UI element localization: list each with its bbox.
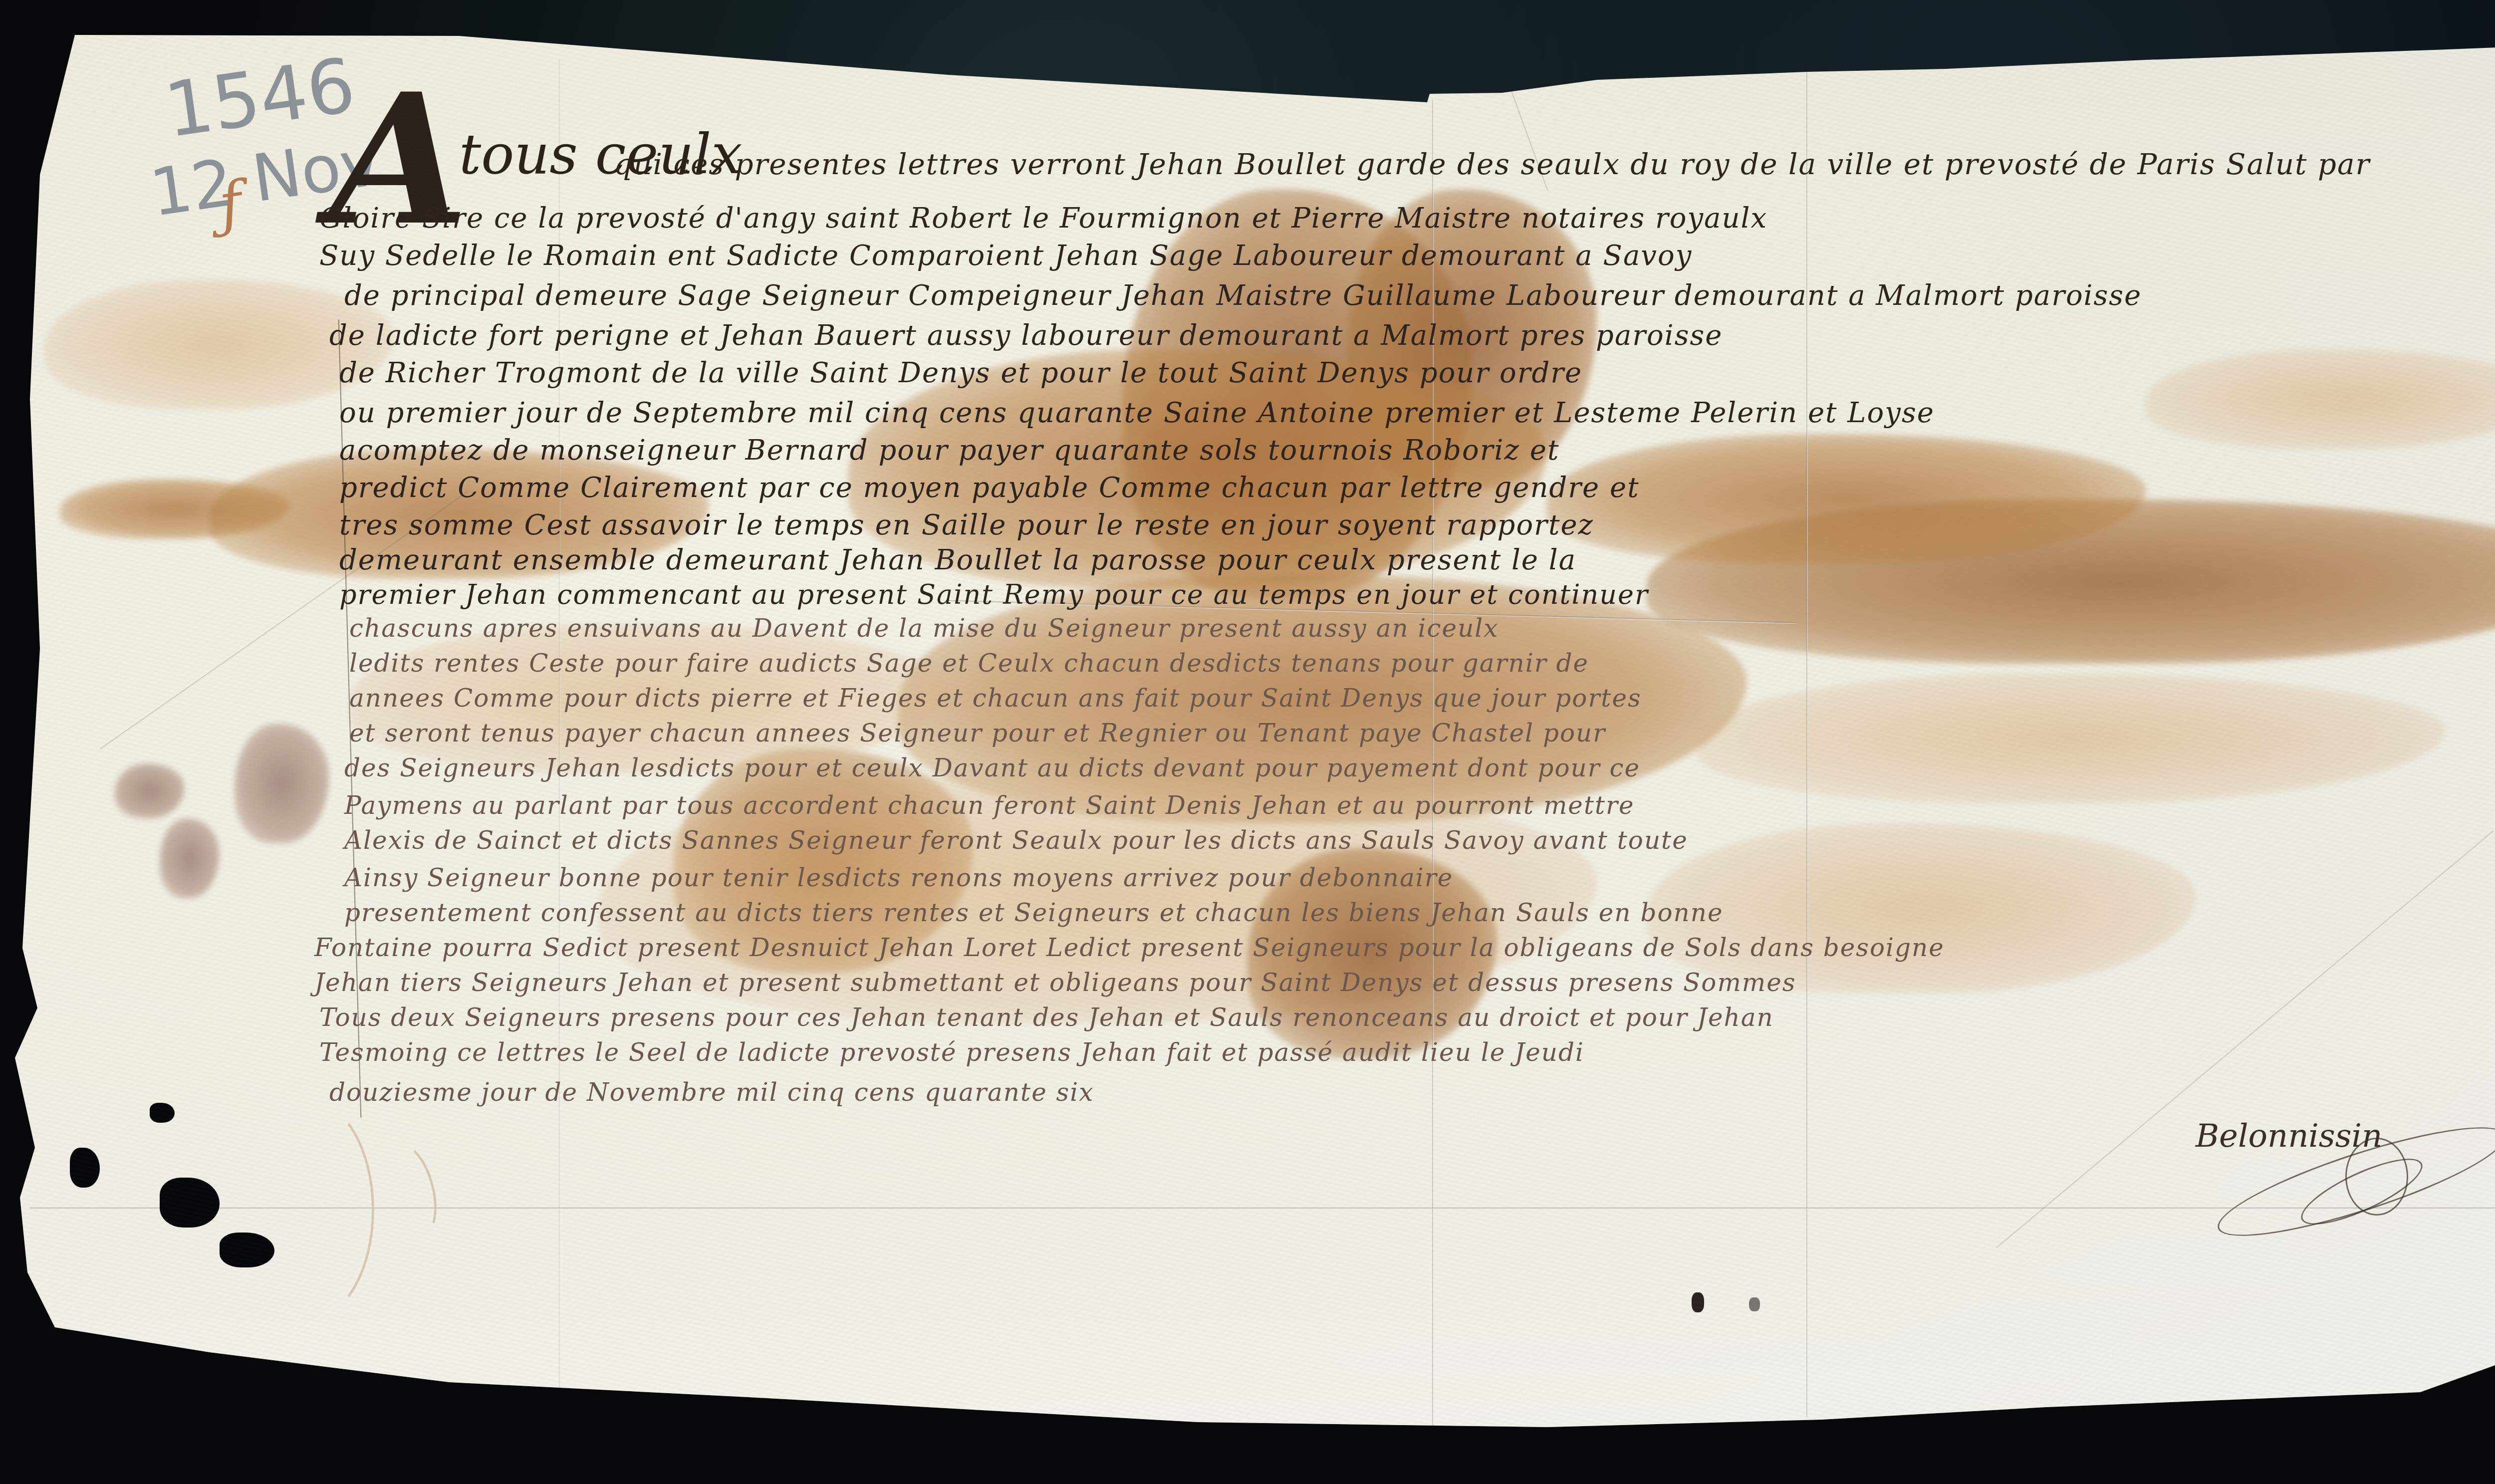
fold-line — [1806, 70, 1808, 1417]
seal-cord — [240, 1098, 374, 1322]
water-stain — [160, 818, 220, 898]
text-line: predict Comme Clairement par ce moyen pa… — [339, 472, 1640, 504]
text-line: des Seigneurs Jehan lesdicts pour et ceu… — [344, 753, 1640, 782]
torn-hole — [150, 1103, 175, 1123]
text-line: qui ces presentes lettres verront Jehan … — [614, 147, 2370, 181]
torn-hole — [160, 1178, 220, 1228]
text-line: Suy Sedelle le Romain ent Sadicte Compar… — [319, 240, 1692, 272]
water-stain — [1647, 823, 2196, 993]
text-line: ou premier jour de Septembre mil cinq ce… — [339, 397, 1935, 429]
water-stain — [115, 763, 185, 818]
text-line: Ainsy Seigneur bonne pour tenir lesdicts… — [344, 863, 1453, 892]
text-line: tres somme Cest assavoir le temps en Sai… — [339, 509, 1594, 541]
text-line: Jehan tiers Seigneurs Jehan et present s… — [314, 968, 1796, 997]
parchment-document: 1546 12 Nov ƒ A tous ceulx qui ces prese… — [0, 0, 2495, 1484]
text-line: presentement confessent au dicts tiers r… — [344, 898, 1724, 927]
text-line: annees Comme pour dicts pierre et Fieges… — [349, 684, 1642, 713]
seal-cord — [378, 1139, 446, 1242]
text-line: douziesme jour de Novembre mil cinq cens… — [329, 1078, 1094, 1107]
text-line: Fontaine pourra Sedict present Desnuict … — [314, 933, 1945, 962]
water-stain — [1697, 674, 2445, 803]
text-line: premier Jehan commencant au present Sain… — [339, 579, 1649, 610]
text-line: Gloire Sire ce la prevosté d'angy saint … — [319, 202, 1767, 235]
text-line: Tous deux Seigneurs presens pour ces Jeh… — [319, 1003, 1774, 1032]
text-line: de principal demeure Sage Seigneur Compe… — [344, 279, 2142, 312]
torn-hole — [70, 1148, 100, 1188]
water-stain — [235, 724, 329, 843]
text-line: demeurant ensemble demeurant Jehan Boull… — [339, 544, 1576, 576]
text-line: Paymens au parlant par tous accordent ch… — [344, 791, 1635, 820]
water-stain — [2146, 349, 2495, 449]
text-line: acomptez de monseigneur Bernard pour pay… — [339, 434, 1559, 467]
ink-spot — [1692, 1292, 1704, 1312]
text-line: Tesmoing ce lettres le Seel de ladicte p… — [319, 1038, 1584, 1067]
text-line: chascuns apres ensuivans au Davent de la… — [349, 614, 1499, 643]
text-line: de ladicte fort perigne et Jehan Bauert … — [329, 319, 1723, 352]
text-line: et seront tenus payer chacun annees Seig… — [349, 719, 1606, 747]
ink-spot — [1749, 1297, 1760, 1311]
text-line: Alexis de Sainct et dicts Sannes Seigneu… — [344, 826, 1688, 855]
text-line: ledits rentes Ceste pour faire audicts S… — [349, 649, 1589, 678]
text-line: de Richer Trogmont de la ville Saint Den… — [339, 357, 1582, 389]
